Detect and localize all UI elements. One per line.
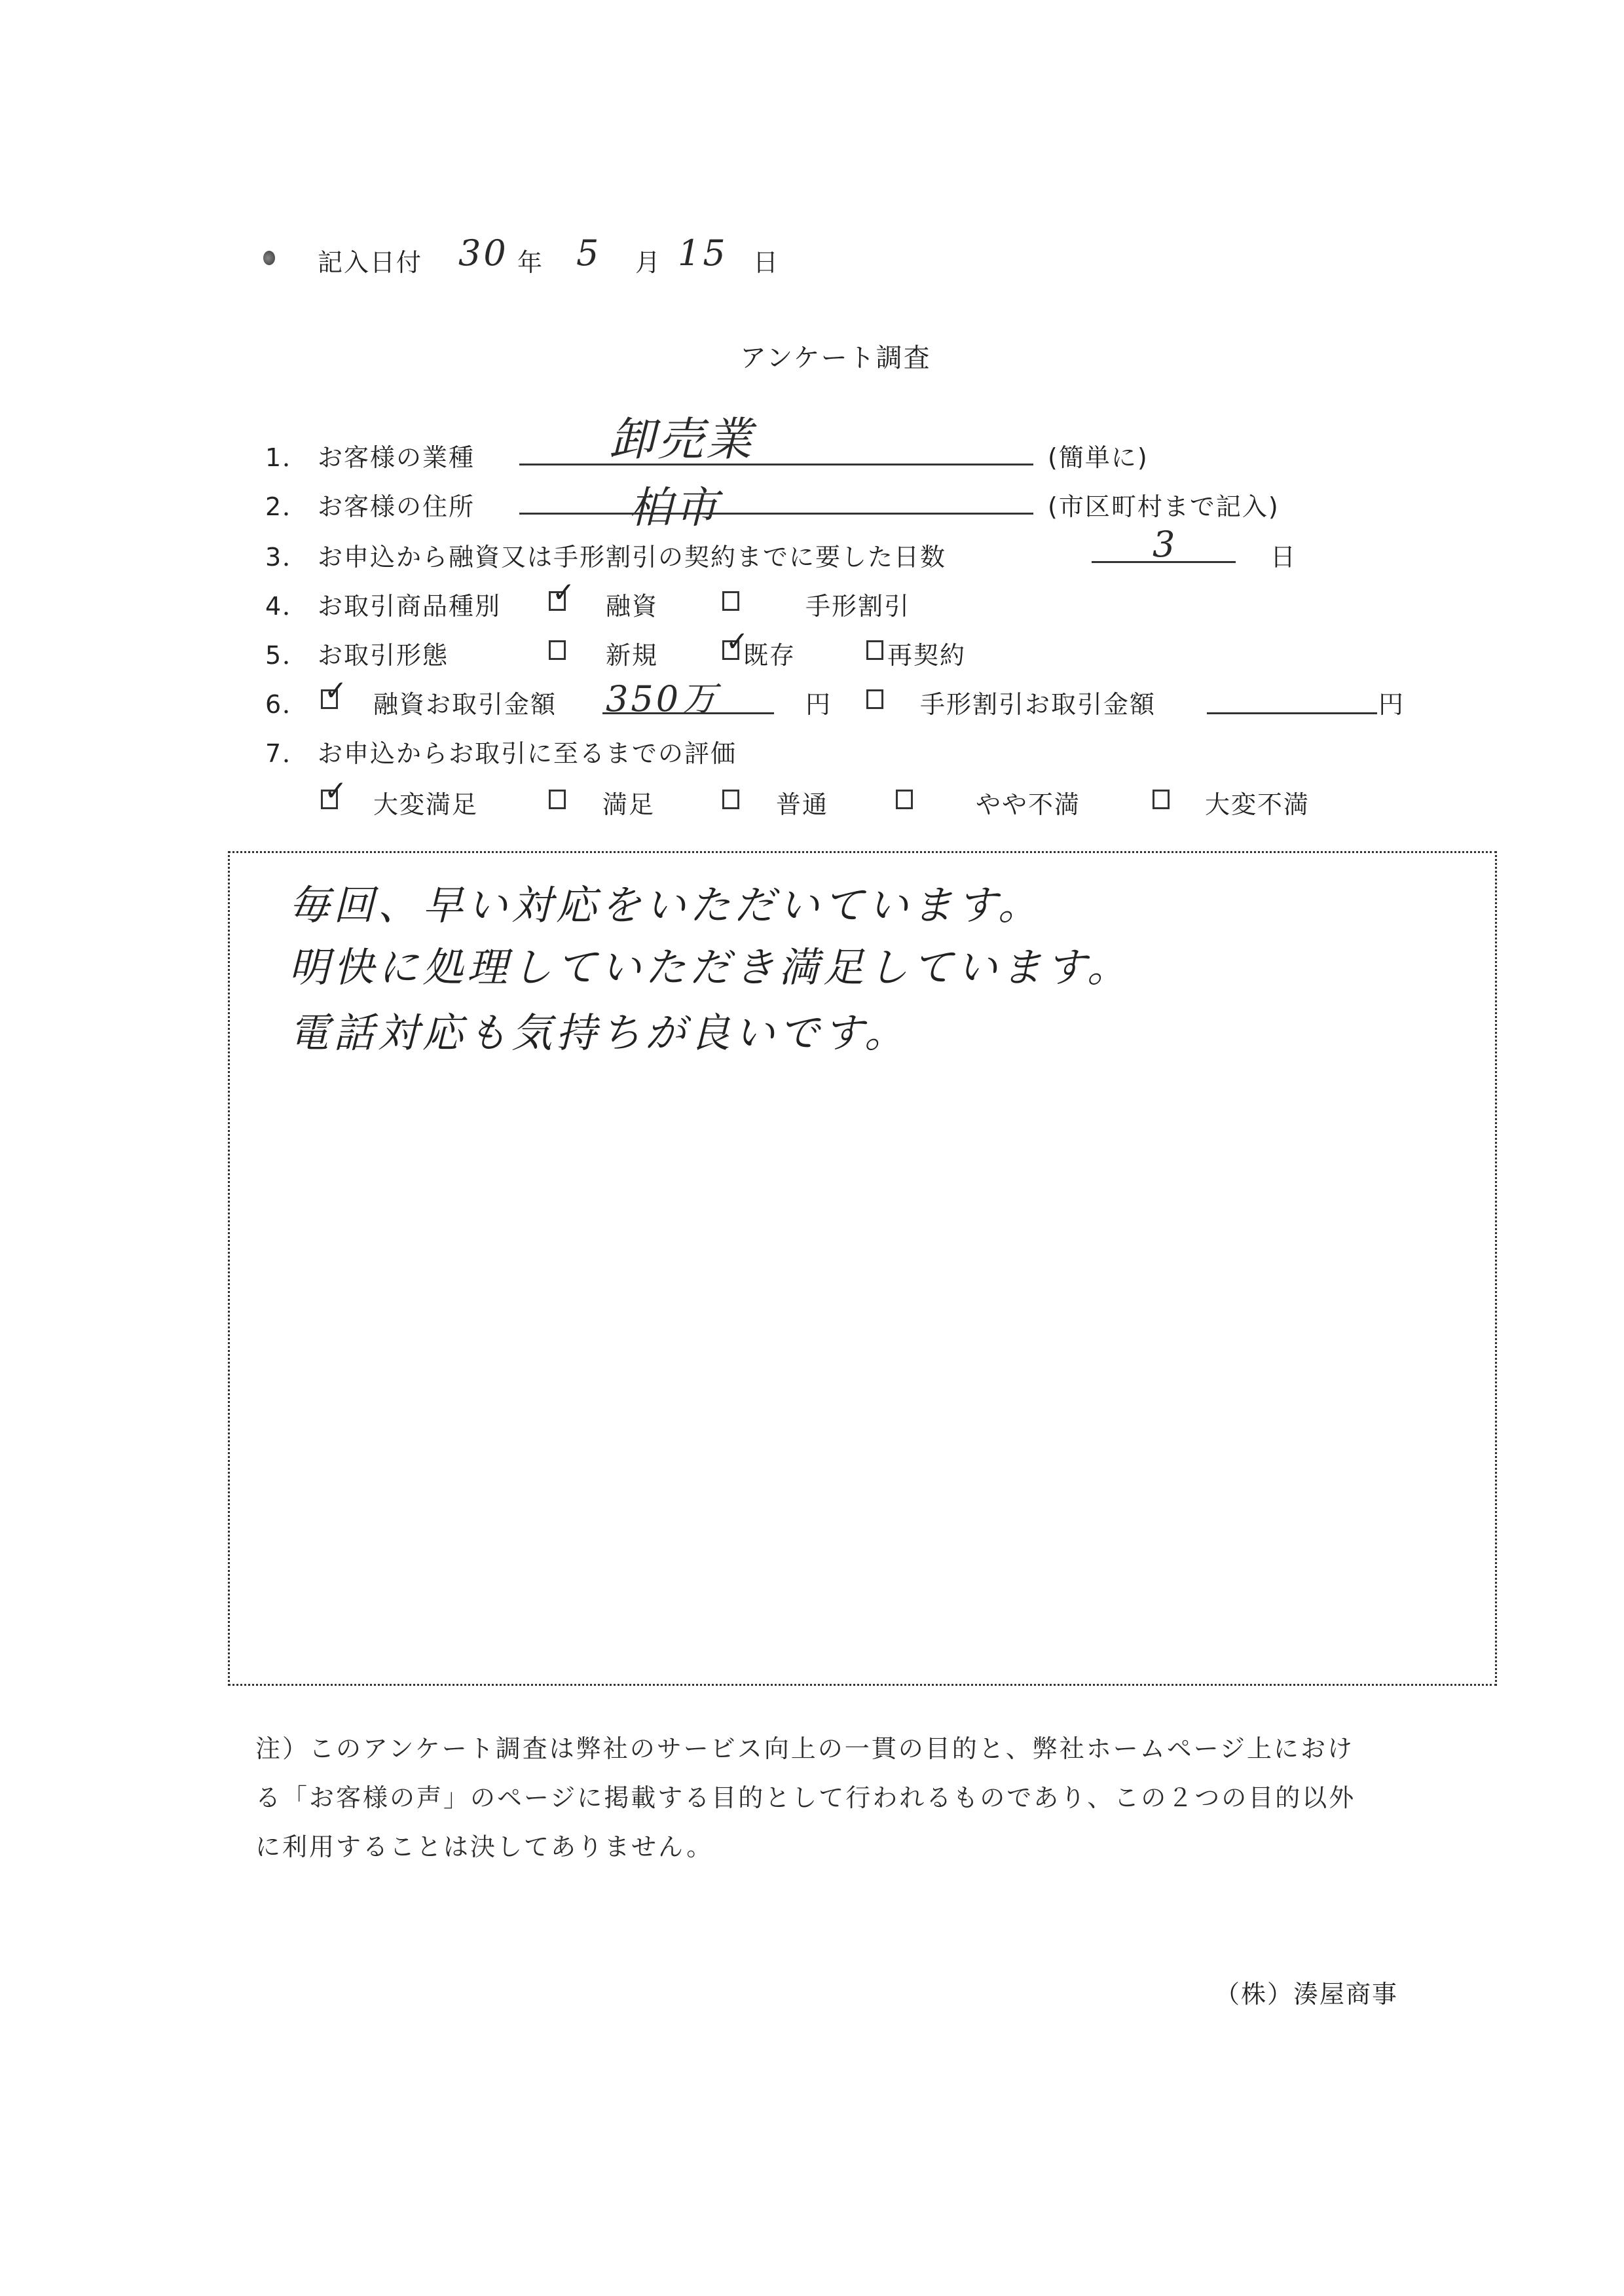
q5-number: 5． bbox=[265, 635, 308, 671]
entry-date-month: 5 bbox=[576, 232, 601, 274]
q3-answer[interactable]: 3 bbox=[1153, 524, 1177, 565]
q2-answer[interactable]: 柏市 bbox=[629, 473, 720, 535]
q4-option-bill-checkbox[interactable] bbox=[722, 591, 739, 611]
q6-loan-amount-line bbox=[602, 712, 774, 714]
q1-label: お客様の業種 bbox=[318, 437, 475, 473]
q5-option-new-label: 新規 bbox=[606, 635, 658, 671]
q1-hint: (簡単に) bbox=[1048, 437, 1149, 473]
q7-option-somewhat-dissatisfied-label: やや不満 bbox=[976, 784, 1080, 820]
comment-line: 明快に処理していただき満足しています。 bbox=[289, 935, 1132, 993]
entry-date-year-unit: 年 bbox=[517, 242, 544, 278]
q5-option-renewal-label: 再契約 bbox=[887, 635, 966, 671]
q2-answer-line bbox=[519, 513, 1033, 515]
q7-option-neutral-label: 普通 bbox=[776, 784, 828, 820]
q5-label: お取引形態 bbox=[318, 635, 449, 671]
q5-option-new-checkbox[interactable] bbox=[549, 640, 566, 660]
q5-option-renewal-checkbox[interactable] bbox=[866, 640, 883, 660]
q5-option-existing-checkbox[interactable] bbox=[722, 640, 739, 660]
q1-answer-line bbox=[519, 464, 1033, 465]
entry-date-day: 15 bbox=[678, 232, 728, 274]
q6-number: 6． bbox=[265, 684, 308, 720]
page-title: アンケート調査 bbox=[740, 337, 931, 374]
q6-loan-checkbox[interactable] bbox=[321, 689, 338, 709]
entry-date-year: 30 bbox=[458, 232, 509, 274]
disclaimer-line: る「お客様の声」のページに掲載する目的として行われるものであり、この２つの目的以… bbox=[255, 1777, 1356, 1813]
q7-option-very-satisfied-checkbox[interactable] bbox=[321, 790, 338, 809]
q7-option-somewhat-dissatisfied-checkbox[interactable] bbox=[896, 790, 913, 809]
q7-option-satisfied-label: 満足 bbox=[602, 784, 655, 820]
q6-bill-unit: 円 bbox=[1378, 684, 1405, 720]
q2-number: 2． bbox=[265, 486, 308, 522]
q3-answer-line bbox=[1092, 561, 1236, 563]
q6-loan-unit: 円 bbox=[805, 684, 832, 720]
q4-label: お取引商品種別 bbox=[318, 586, 501, 622]
q3-label: お申込から融資又は手形割引の契約までに要した日数 bbox=[318, 537, 946, 573]
q5-option-existing-label: 既存 bbox=[743, 635, 796, 671]
disclaimer-line: 注）このアンケート調査は弊社のサービス向上の一貫の目的と、弊社ホームページ上にお… bbox=[255, 1728, 1354, 1764]
q7-option-very-dissatisfied-checkbox[interactable] bbox=[1153, 790, 1170, 809]
q7-option-satisfied-checkbox[interactable] bbox=[549, 790, 566, 809]
q3-unit: 日 bbox=[1270, 537, 1297, 573]
disclaimer-line: に利用することは決してありません。 bbox=[255, 1827, 713, 1863]
q4-option-loan-label: 融資 bbox=[606, 586, 658, 622]
q7-label: お申込からお取引に至るまでの評価 bbox=[318, 733, 737, 769]
q6-bill-label: 手形割引お取引金額 bbox=[920, 684, 1156, 720]
q3-number: 3． bbox=[265, 537, 308, 573]
q6-loan-label: 融資お取引金額 bbox=[373, 684, 557, 720]
entry-date-day-unit: 日 bbox=[753, 242, 779, 278]
comment-line: 毎回、早い対応をいただいています。 bbox=[289, 873, 1043, 931]
entry-date-month-unit: 月 bbox=[635, 242, 661, 278]
q2-hint: (市区町村まで記入) bbox=[1048, 486, 1280, 522]
q4-number: 4． bbox=[265, 586, 308, 622]
q1-answer[interactable]: 卸売業 bbox=[609, 403, 754, 469]
q1-number: 1． bbox=[265, 437, 308, 473]
comment-box[interactable]: 毎回、早い対応をいただいています。 明快に処理していただき満足しています。 電話… bbox=[228, 851, 1497, 1686]
comment-line: 電話対応も気持ちが良いです。 bbox=[289, 1000, 909, 1059]
q4-option-bill-label: 手形割引 bbox=[805, 586, 910, 622]
punch-hole-mark bbox=[263, 251, 275, 265]
q7-option-very-dissatisfied-label: 大変不満 bbox=[1205, 784, 1310, 820]
q6-bill-amount-line bbox=[1207, 712, 1377, 714]
q2-label: お客様の住所 bbox=[318, 486, 475, 522]
company-name: （株）湊屋商事 bbox=[1215, 1974, 1398, 2010]
q7-option-neutral-checkbox[interactable] bbox=[722, 790, 739, 809]
entry-date-label: 記入日付 bbox=[318, 242, 422, 278]
q6-bill-checkbox[interactable] bbox=[866, 689, 883, 709]
q7-number: 7． bbox=[265, 733, 308, 769]
q7-option-very-satisfied-label: 大変満足 bbox=[373, 784, 478, 820]
q4-option-loan-checkbox[interactable] bbox=[549, 591, 566, 611]
